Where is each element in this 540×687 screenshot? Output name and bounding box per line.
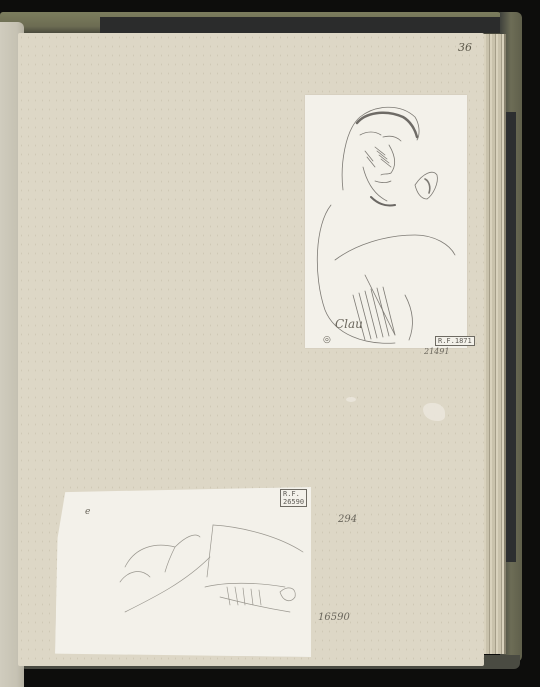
artist-signature: Clau	[335, 317, 363, 331]
pencil-annotation: 16590	[318, 612, 350, 623]
inventory-number: 21491	[424, 347, 449, 356]
pencil-annotation: 294	[338, 514, 357, 525]
museum-stamp: R.F.1871	[435, 336, 475, 346]
stamp-label: R.F.	[283, 490, 304, 498]
drawing-portrait: Clau ◎ R.F.1871	[305, 95, 467, 348]
paper-tear-mark	[346, 397, 356, 402]
corner-mark: e	[85, 507, 90, 517]
collector-mark: ◎	[323, 335, 331, 345]
drawing-reclining-figure: e R.F. 26590	[55, 487, 311, 657]
portrait-sketch	[305, 95, 467, 348]
folio-number: 36	[458, 41, 472, 54]
reclining-figure-sketch	[55, 487, 311, 657]
museum-stamp: R.F. 26590	[280, 489, 307, 507]
inventory-number: 26590	[283, 498, 304, 506]
paper-tear-mark	[423, 403, 445, 421]
